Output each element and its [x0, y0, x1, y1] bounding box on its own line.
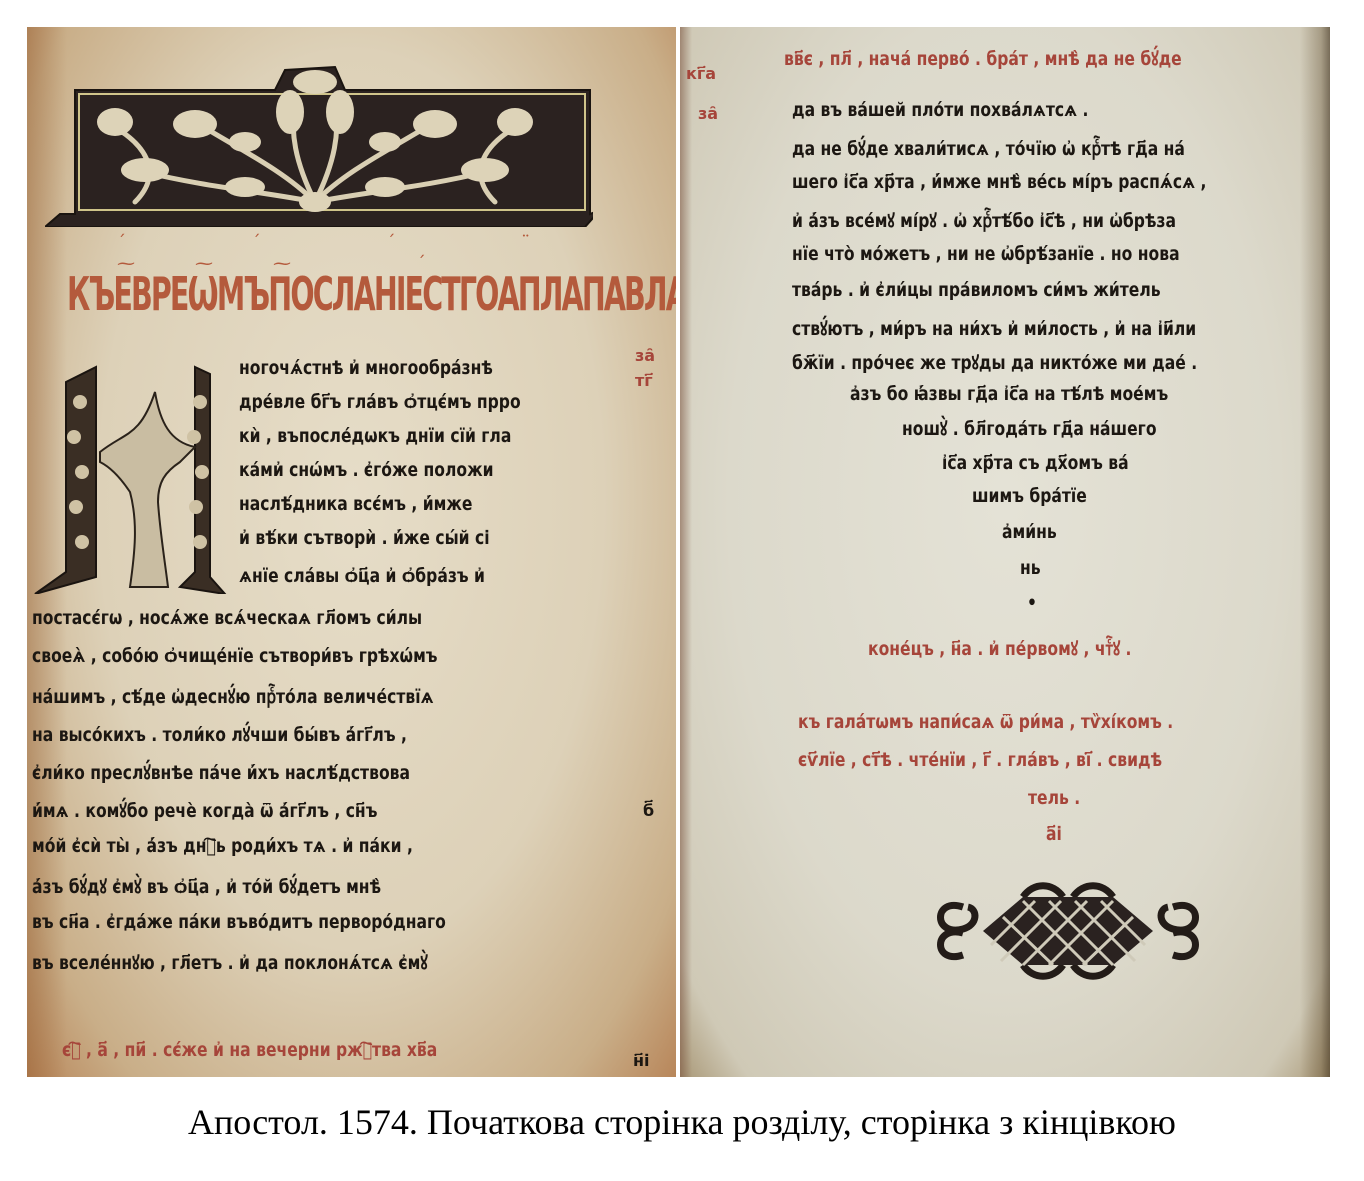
text-line: постасє́гѡ , носѧ́же всѧ́ческаѧ гл҃омъ с…: [32, 607, 422, 629]
text-line: да въ ва́шей пло́ти похва́лѧтсѧ .: [792, 99, 1088, 121]
text-line: ношꙋ̀ . бл҃года́ть гд҃а на́шего: [902, 415, 1157, 441]
end-rubric: коне́цъ , н҃а . и҆ пе́рвомꙋ , чтⷭ҇ꙋ .: [868, 635, 1131, 661]
margin-note: за̑: [635, 347, 655, 365]
text-line: •: [1027, 592, 1037, 614]
text-line: наслѣ́дника всє́мъ , и҆́мже: [239, 493, 472, 515]
text-line: и҆ а҆́зъ все́мꙋ мі́рꙋ . ѡ҆ хрⷭ҇тѣ́бо і҆с…: [792, 207, 1176, 233]
text-line: а҆ми́нь: [1002, 521, 1057, 543]
decorated-initial-letter: [30, 362, 235, 594]
text-line: на высо́кихъ . толи́ко лꙋ́чши бы́въ а҆́г…: [32, 721, 407, 747]
closing-rubric-line: єѵ҃лїе , ст҃ѣ . чте́нїи , г҃ . гла́въ , …: [798, 749, 1162, 771]
margin-note: б҃: [643, 802, 654, 820]
floral-headpiece-ornament: [45, 62, 593, 227]
text-line: є҆ли́ко преслꙋ́внѣе па́че и҆́хъ наслѣ́дс…: [32, 759, 410, 785]
margin-note: за̑: [698, 105, 718, 123]
closing-rubric-line: къ гала́тѡмъ напи́саѧ ѿ ри́ма , тѷхі́ком…: [798, 711, 1173, 733]
text-line: нїе что̀ мо́жетъ , ни не ѡ҆брѣ́занїе . н…: [792, 243, 1180, 265]
right-page: кг҃а за̑ вв҃є , пл҃ , нача́ перво́ . бра…: [680, 27, 1330, 1077]
text-line: въ вселе́ннꙋю , гл҃етъ . и҆ да поклонѧ́т…: [32, 949, 428, 975]
text-line: кѝ , въпосле́дѡкъ днїи сїи҆ гла: [239, 425, 511, 447]
text-line: і҆с҃а хр҃та съ дх҃омъ ва́: [942, 452, 1129, 474]
closing-rubric-line: а҃і: [1046, 823, 1062, 845]
book-spread-photo: ˊ ˊ ˊ ¨ ⁓⁓⁓ ˊ КЪЕВРЕѠМЪПОСЛАНІЕСТГОАПЛАП…: [27, 27, 1330, 1077]
text-line: и҆́мѧ . комꙋ́бо речѐ когда̀ ѿ а҆́гг҃лъ ,…: [32, 797, 377, 823]
text-line: ногочѧ́стнѣ и҆ многообра́знѣ: [239, 357, 493, 379]
chapter-title: КЪЕВРЕѠМЪПОСЛАНІЕСТГОАПЛАПАВЛА: [67, 255, 402, 333]
text-line: а҆́зъ бꙋ́дꙋ є҆мꙋ̀ въ ѻ҆ц҃а , и҆ то́й бꙋ́…: [32, 873, 381, 899]
margin-note: н҃і: [633, 1052, 650, 1070]
text-line: мо́й є҆сѝ ты̀ , а҆́зъ днⷭ҇ь роди́хъ тѧ .…: [32, 835, 413, 857]
text-line: нь: [1020, 557, 1041, 579]
text-line: шимъ бра́тїе: [972, 485, 1087, 507]
text-line: шего і҆с҃а хр҃та , и҆́мже мнѣ̀ ве́сь мі́…: [792, 171, 1206, 193]
text-line: а҆зъ бо ꙗ҆́звы гд҃а і҆с҃а на тѣ́лѣ мое́м…: [850, 383, 1168, 405]
text-line: на́шимъ , сѣ́де ѡ҆деснꙋ́ю прⷭ҇то́ла вели…: [32, 683, 434, 709]
text-line: своеѧ̀ , собо́ю ѻ҆чище́нїе сътвори́въ гр…: [32, 645, 438, 667]
figure-caption: Апостол. 1574. Початкова сторінка розділ…: [0, 1098, 1364, 1146]
closing-rubric-line: тель .: [1028, 787, 1080, 809]
header-rubric: вв҃є , пл҃ , нача́ перво́ . бра́т , мнѣ̀…: [784, 45, 1182, 71]
text-line: да не бꙋ́де хвали́тисѧ , то́чїю ѡ҆ крⷭ҇т…: [792, 135, 1185, 161]
text-line: и҆ вѣ́ки сътворѝ . и҆́же сы́й сі: [239, 527, 490, 549]
page-spine-shadow: [680, 27, 692, 1077]
footer-rubric: єⷬ҇ , а҃ , пи҃ . сє́же и҆ на вечерни ржⷭ…: [62, 1039, 437, 1061]
page-edge-shadow: [1300, 27, 1330, 1077]
interlace-tailpiece-ornament: [923, 867, 1213, 995]
margin-note: кг҃а: [686, 65, 716, 83]
text-line: ѧнїе сла́вы ѻ҆ц҃а и҆ ѻ҆бра́зъ и҆: [239, 565, 485, 587]
left-page: ˊ ˊ ˊ ¨ ⁓⁓⁓ ˊ КЪЕВРЕѠМЪПОСЛАНІЕСТГОАПЛАП…: [27, 27, 676, 1077]
text-line: дре́вле бг҃ъ гла́въ ѻ҆тцє́мъ прро: [239, 391, 521, 413]
text-line: въ сн҃а . є҆гда́же па́ки въво́дитъ перво…: [32, 911, 446, 933]
margin-note: тг҃: [635, 372, 653, 390]
text-line: тва́рь . и҆ є҆ли́цы пра́виломъ си́мъ жи́…: [792, 279, 1161, 301]
text-line: бж҃їи . про́чеє же трꙋды да никто́же ми …: [792, 349, 1197, 375]
text-line: ка́ми҆ снѡ́мъ . є҆го́же положи: [239, 459, 493, 481]
text-line: ствꙋ́ютъ , ми́ръ на ни́хъ и҆ ми́лость , …: [792, 315, 1196, 341]
